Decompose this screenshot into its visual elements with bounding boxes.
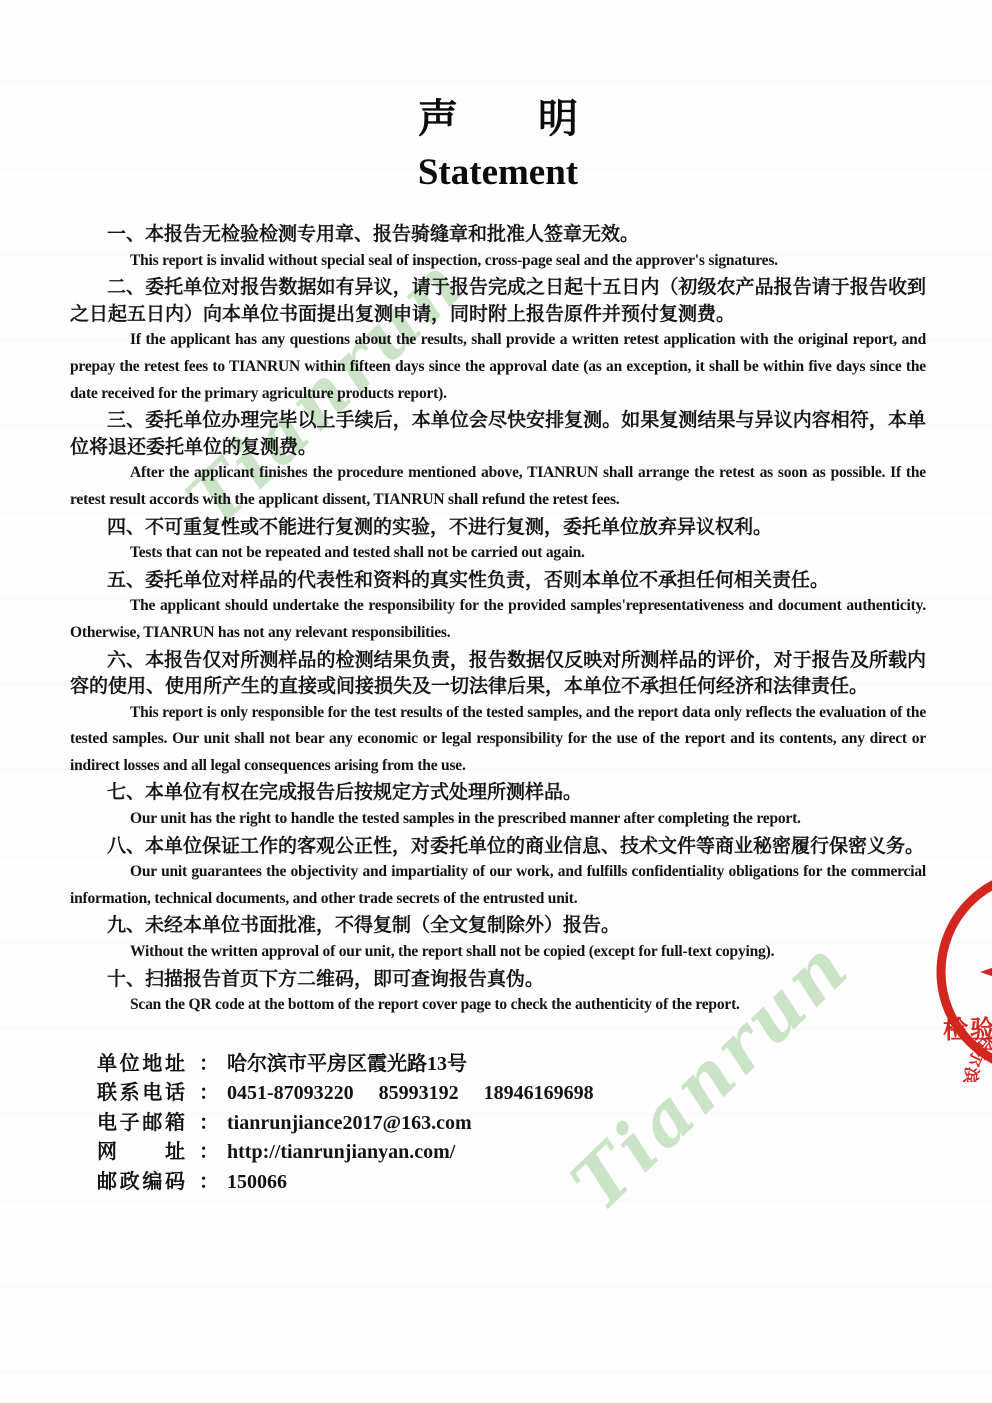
statement-chinese-text: 二、委托单位对报告数据如有异议，请于报告完成之日起十五日内（初级农产品报告请于报…	[70, 274, 926, 327]
statement-list: 一、本报告无检验检测专用章、报告骑缝章和批准人签章无效。 This report…	[70, 221, 926, 1019]
seal-arc-text-shape: 哈尔滨天润检验	[958, 1029, 992, 1082]
contact-colon: ：	[199, 1141, 219, 1162]
contact-row: 单位地址：哈尔滨市平房区霞光路13号	[97, 1053, 926, 1075]
statement-english-text: Scan the QR code at the bottom of the re…	[70, 992, 926, 1019]
statement-english-text: The applicant should undertake the respo…	[70, 593, 926, 646]
statement-english-text: If the applicant has any questions about…	[70, 327, 926, 407]
document-body: 声 明 Statement 一、本报告无检验检测专用章、报告骑缝章和批准人签章无…	[70, 0, 926, 1200]
statement-english-text: Our unit has the right to handle the tes…	[70, 806, 926, 833]
page-title-english: Statement	[70, 151, 926, 195]
contact-row: 网址：http://tianrunjianyan.com/	[97, 1141, 926, 1163]
contact-value: 0451-87093220 85993192 18946169698	[227, 1083, 594, 1104]
contact-colon: ：	[199, 1171, 219, 1192]
contact-row: 联系电话：0451-87093220 85993192 18946169698	[97, 1082, 926, 1104]
statement-english-text: Without the written approval of our unit…	[70, 939, 926, 966]
contact-colon: ：	[199, 1082, 219, 1103]
contact-value: tianrunjiance2017@163.com	[227, 1113, 472, 1134]
statement-english-text: Tests that can not be repeated and teste…	[70, 540, 926, 567]
statement-page: Tianrun Tianrun 声 明 Statement 一、本报告无检验检测…	[0, 0, 992, 1403]
statement-english-text: Our unit guarantees the objectivity and …	[70, 859, 926, 912]
statement-english-text: This report is only responsible for the …	[70, 700, 926, 780]
statement-english-text: This report is invalid without special s…	[70, 248, 926, 275]
statement-chinese-text: 七、本单位有权在完成报告后按规定方式处理所测样品。	[70, 779, 926, 806]
contact-value: 150066	[227, 1172, 287, 1193]
contact-colon: ：	[199, 1053, 219, 1074]
contact-label: 邮政编码	[97, 1171, 185, 1192]
statement-english-text: After the applicant finishes the procedu…	[70, 460, 926, 513]
seal-star-icon	[980, 915, 992, 1029]
company-seal-stamp: 哈尔滨天润检验 检验检测	[930, 862, 992, 1082]
seal-ring	[941, 873, 992, 1071]
contact-label: 网址	[97, 1141, 185, 1162]
statement-chinese-text: 十、扫描报告首页下方二维码，即可查询报告真伪。	[70, 966, 926, 993]
page-title-chinese: 声 明	[70, 95, 926, 143]
statement-chinese-text: 六、本报告仅对所测样品的检测结果负责，报告数据仅反映对所测样品的评价，对于报告及…	[70, 647, 926, 700]
statement-chinese-text: 八、本单位保证工作的客观公正性，对委托单位的商业信息、技术文件等商业秘密履行保密…	[70, 833, 926, 860]
statement-chinese-text: 四、不可重复性或不能进行复测的实验，不进行复测，委托单位放弃异议权利。	[70, 514, 926, 541]
contact-row: 电子邮箱：tianrunjiance2017@163.com	[97, 1112, 926, 1134]
seal-band-text: 检验检测	[943, 1015, 992, 1044]
contact-value: http://tianrunjianyan.com/	[227, 1142, 455, 1163]
contact-value: 哈尔滨市平房区霞光路13号	[227, 1054, 467, 1075]
statement-chinese-text: 九、未经本单位书面批准，不得复制（全文复制除外）报告。	[70, 912, 926, 939]
statement-chinese-text: 五、委托单位对样品的代表性和资料的真实性负责，否则本单位不承担任何相关责任。	[70, 567, 926, 594]
contact-row: 邮政编码：150066	[97, 1171, 926, 1193]
contact-label: 单位地址	[97, 1053, 185, 1074]
contact-label: 联系电话	[97, 1082, 185, 1103]
statement-chinese-text: 三、委托单位办理完毕以上手续后，本单位会尽快安排复测。如果复测结果与异议内容相符…	[70, 407, 926, 460]
seal-arc-text: 哈尔滨天润检验	[958, 1029, 992, 1082]
contact-label: 电子邮箱	[97, 1112, 185, 1133]
contact-block: 单位地址：哈尔滨市平房区霞光路13号 联系电话：0451-87093220 85…	[97, 1053, 926, 1193]
statement-chinese-text: 一、本报告无检验检测专用章、报告骑缝章和批准人签章无效。	[70, 221, 926, 248]
contact-colon: ：	[199, 1112, 219, 1133]
